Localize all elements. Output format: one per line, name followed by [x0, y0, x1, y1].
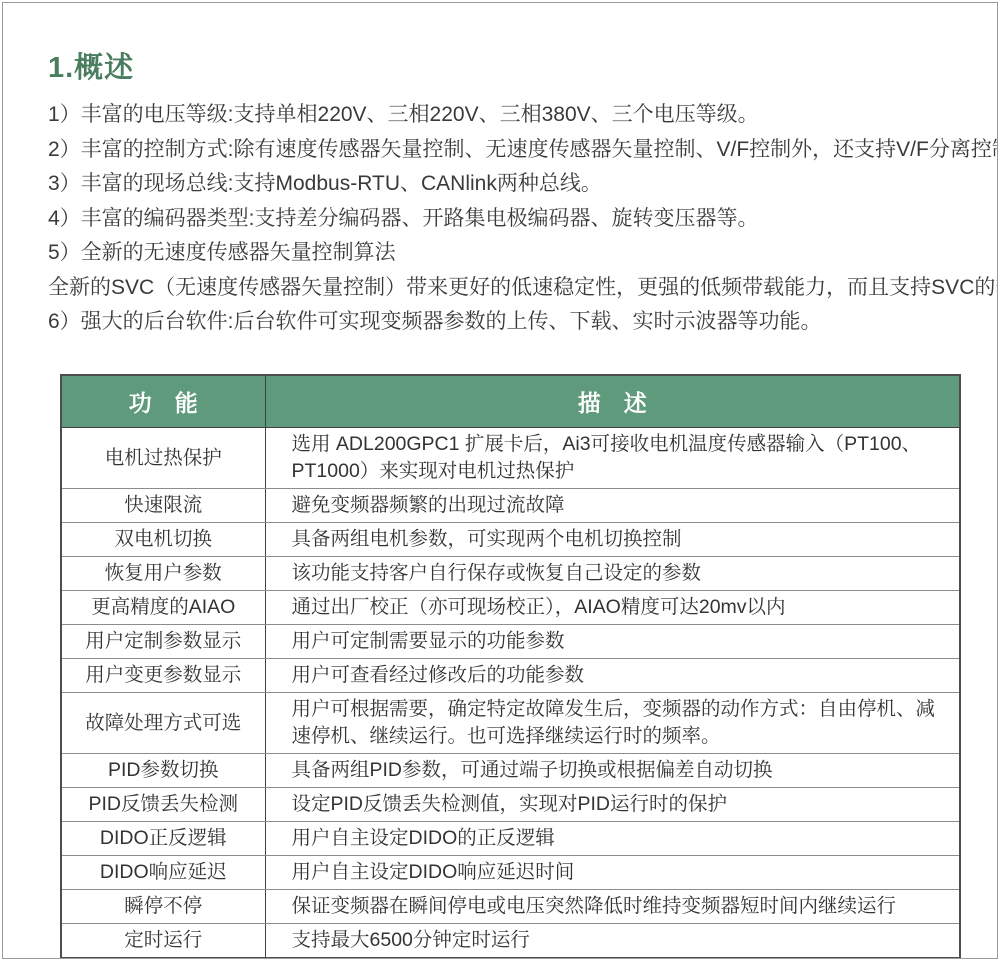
table-row: PID反馈丢失检测设定PID反馈丢失检测值，实现对PID运行时的保护 [61, 788, 960, 822]
function-cell: 双电机切换 [61, 523, 265, 557]
table-row: PID参数切换具备两组PID参数，可通过端子切换或根据偏差自动切换 [61, 754, 960, 788]
overview-item-1: 1）丰富的电压等级:支持单相220V、三相220V、三相380V、三个电压等级。 [48, 98, 955, 133]
function-cell: PID参数切换 [61, 754, 265, 788]
table-row: 用户定制参数显示用户可定制需要显示的功能参数 [61, 625, 960, 659]
function-cell: DIDO正反逻辑 [61, 822, 265, 856]
description-cell: 设定PID反馈丢失检测值，实现对PID运行时的保护 [265, 788, 960, 822]
function-cell: 电机过热保护 [61, 428, 265, 489]
function-cell: 更高精度的AIAO [61, 591, 265, 625]
page-content: 1.概述 1）丰富的电压等级:支持单相220V、三相220V、三相380V、三个… [3, 3, 997, 959]
function-cell: PID反馈丢失检测 [61, 788, 265, 822]
feature-table-body: 电机过热保护选用 ADL200GPC1 扩展卡后，Ai3可接收电机温度传感器输入… [61, 428, 960, 959]
table-row: DIDO响应延迟用户自主设定DIDO响应延迟时间 [61, 856, 960, 890]
function-cell: 用户定制参数显示 [61, 625, 265, 659]
document-page: 1.概述 1）丰富的电压等级:支持单相220V、三相220V、三相380V、三个… [2, 2, 998, 959]
table-row: 用户变更参数显示用户可查看经过修改后的功能参数 [61, 659, 960, 693]
function-cell: 定时运行 [61, 924, 265, 959]
function-cell: 用户变更参数显示 [61, 659, 265, 693]
description-cell: 具备两组电机参数，可实现两个电机切换控制 [265, 523, 960, 557]
table-row: 快速限流避免变频器频繁的出现过流故障 [61, 489, 960, 523]
column-header-description: 描 述 [265, 375, 960, 428]
column-header-function: 功 能 [61, 375, 265, 428]
overview-item-5-detail: 全新的SVC（无速度传感器矢量控制）带来更好的低速稳定性，更强的低频带载能力，而… [48, 271, 955, 306]
table-row: 瞬停不停保证变频器在瞬间停电或电压突然降低时维持变频器短时间内继续运行 [61, 890, 960, 924]
table-row: 双电机切换具备两组电机参数，可实现两个电机切换控制 [61, 523, 960, 557]
description-cell: 保证变频器在瞬间停电或电压突然降低时维持变频器短时间内继续运行 [265, 890, 960, 924]
table-row: DIDO正反逻辑用户自主设定DIDO的正反逻辑 [61, 822, 960, 856]
description-cell: 该功能支持客户自行保存或恢复自己设定的参数 [265, 557, 960, 591]
function-cell: 瞬停不停 [61, 890, 265, 924]
overview-item-3: 3）丰富的现场总线:支持Modbus-RTU、CANlink两种总线。 [48, 167, 955, 202]
description-cell: 选用 ADL200GPC1 扩展卡后，Ai3可接收电机温度传感器输入（PT100… [265, 428, 960, 489]
overview-list: 1）丰富的电压等级:支持单相220V、三相220V、三相380V、三个电压等级。… [48, 98, 955, 340]
description-cell: 通过出厂校正（亦可现场校正），AIAO精度可达20mv以内 [265, 591, 960, 625]
table-row: 更高精度的AIAO通过出厂校正（亦可现场校正），AIAO精度可达20mv以内 [61, 591, 960, 625]
overview-item-5: 5）全新的无速度传感器矢量控制算法 [48, 236, 955, 271]
description-cell: 用户自主设定DIDO的正反逻辑 [265, 822, 960, 856]
overview-item-2: 2）丰富的控制方式:除有速度传感器矢量控制、无速度传感器矢量控制、V/F控制外，… [48, 133, 955, 168]
page-title: 1.概述 [48, 45, 955, 86]
description-cell: 用户自主设定DIDO响应延迟时间 [265, 856, 960, 890]
table-row: 定时运行支持最大6500分钟定时运行 [61, 924, 960, 959]
table-row: 恢复用户参数该功能支持客户自行保存或恢复自己设定的参数 [61, 557, 960, 591]
description-cell: 用户可根据需要，确定特定故障发生后，变频器的动作方式：自由停机、减速停机、继续运… [265, 693, 960, 754]
description-cell: 用户可查看经过修改后的功能参数 [265, 659, 960, 693]
table-header-row: 功 能 描 述 [61, 375, 960, 428]
description-cell: 避免变频器频繁的出现过流故障 [265, 489, 960, 523]
description-cell: 用户可定制需要显示的功能参数 [265, 625, 960, 659]
function-cell: 快速限流 [61, 489, 265, 523]
description-cell: 具备两组PID参数，可通过端子切换或根据偏差自动切换 [265, 754, 960, 788]
table-row: 故障处理方式可选用户可根据需要，确定特定故障发生后，变频器的动作方式：自由停机、… [61, 693, 960, 754]
overview-item-4: 4）丰富的编码器类型:支持差分编码器、开路集电极编码器、旋转变压器等。 [48, 202, 955, 237]
feature-table: 功 能 描 述 电机过热保护选用 ADL200GPC1 扩展卡后，Ai3可接收电… [60, 374, 961, 960]
function-cell: DIDO响应延迟 [61, 856, 265, 890]
table-row: 电机过热保护选用 ADL200GPC1 扩展卡后，Ai3可接收电机温度传感器输入… [61, 428, 960, 489]
overview-item-6: 6）强大的后台软件:后台软件可实现变频器参数的上传、下载、实时示波器等功能。 [48, 305, 955, 340]
description-cell: 支持最大6500分钟定时运行 [265, 924, 960, 959]
function-cell: 恢复用户参数 [61, 557, 265, 591]
function-cell: 故障处理方式可选 [61, 693, 265, 754]
